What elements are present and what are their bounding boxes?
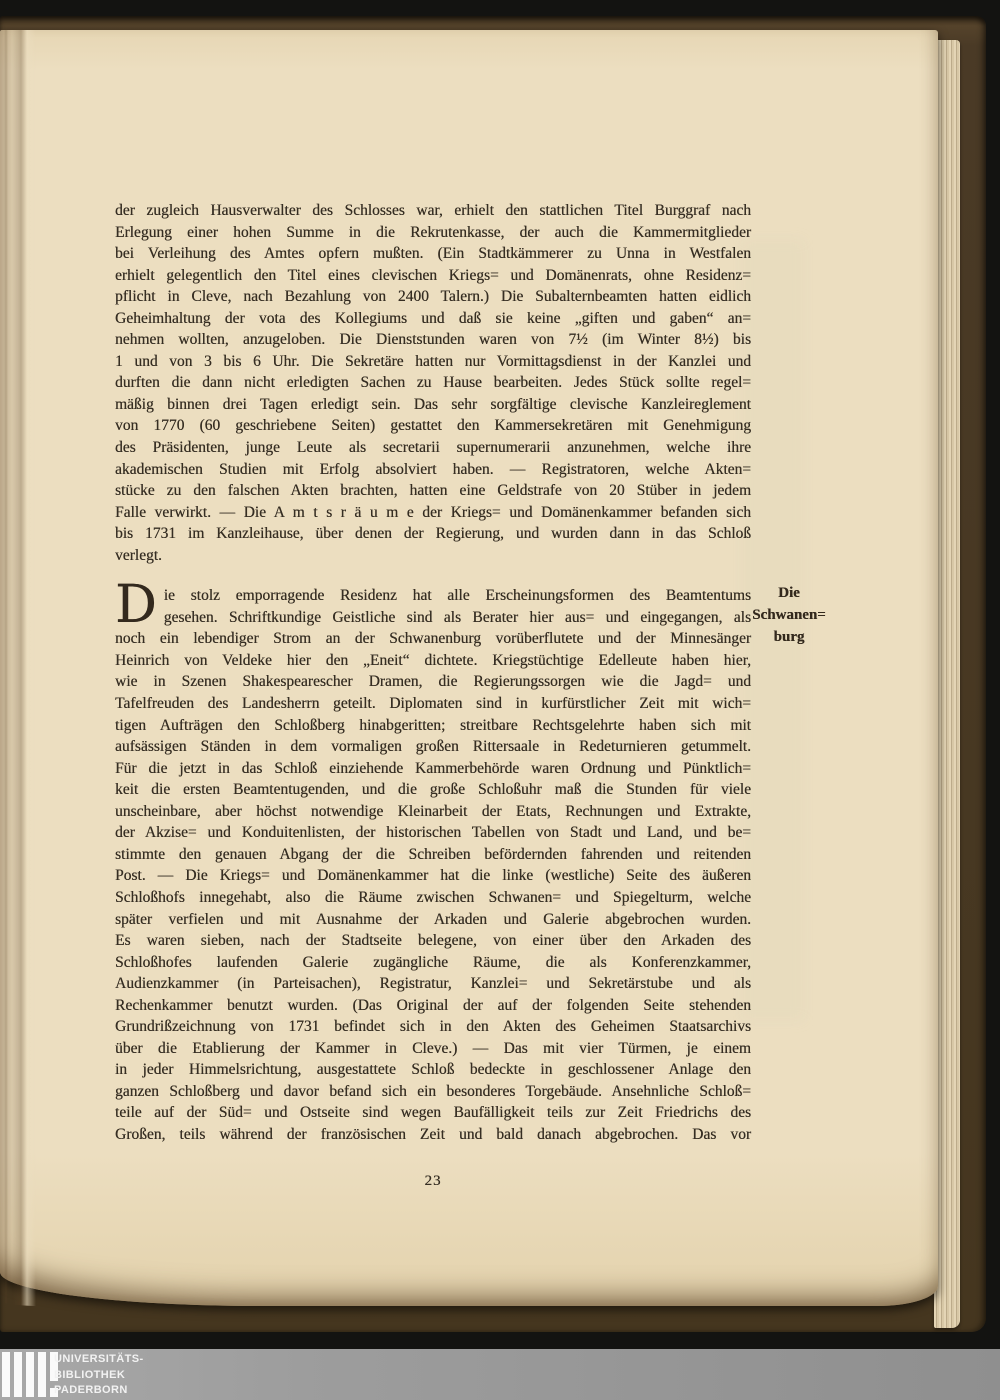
page-text-block: der zugleich Hausverwalter des Schlosses… bbox=[115, 200, 751, 1146]
library-logo-line: BIBLIOTHEK bbox=[54, 1368, 144, 1384]
text-line: ganzen Schloßberg und davor befand sich … bbox=[115, 1081, 751, 1103]
library-logo-line: PADERBORN bbox=[54, 1383, 144, 1399]
text-line: Schloßhofes laufenden Galerie zugänglich… bbox=[115, 952, 751, 974]
margin-note-line: Schwanen= bbox=[740, 604, 838, 626]
text-line: ie stolz emporragende Residenz hat alle … bbox=[115, 585, 751, 607]
text-line: bei Verleihung des Amtes opfern mußten. … bbox=[115, 243, 751, 265]
text-line: Geheimhaltung der vota des Kollegiums un… bbox=[115, 308, 751, 330]
text-line: über die Etablierung der Kammer in Cleve… bbox=[115, 1038, 751, 1060]
paragraph: der zugleich Hausverwalter des Schlosses… bbox=[115, 200, 751, 566]
drop-cap-letter: D bbox=[115, 585, 164, 626]
text-line: Audienzkammer (in Parteisachen), Registr… bbox=[115, 973, 751, 995]
text-line: Grundrißzeichnung von 1731 befindet sich… bbox=[115, 1016, 751, 1038]
text-line: Falle verwirkt. — Die A m t s r ä u m e … bbox=[115, 502, 751, 524]
text-line: durften die dann nicht erledigten Sachen… bbox=[115, 372, 751, 394]
text-line: gesehen. Schriftkundige Geistliche sind … bbox=[115, 607, 751, 629]
text-line: stimmte den genauen Abgang der die Schre… bbox=[115, 844, 751, 866]
text-line: des Präsidenten, junge Leute als secreta… bbox=[115, 437, 751, 459]
logo-bar bbox=[26, 1352, 34, 1397]
text-line: stücke zu den falschen Akten brachten, h… bbox=[115, 480, 751, 502]
text-line: Heinrich von Veldeke hier den „Eneit“ di… bbox=[115, 650, 751, 672]
book-scan-viewport: { "page": { "number": "23", "paragraphs"… bbox=[0, 0, 1000, 1400]
text-line: in jeder Himmelsrichtung, ausgestattete … bbox=[115, 1059, 751, 1081]
gutter-crease bbox=[0, 30, 42, 1306]
library-logo-text: UNIVERSITÄTS- BIBLIOTHEK PADERBORN bbox=[54, 1352, 144, 1399]
text-line: pflicht in Cleve, nach Bezahlung von 240… bbox=[115, 286, 751, 308]
logo-bar bbox=[2, 1352, 10, 1397]
text-line: 1 und von 3 bis 6 Uhr. Die Sekretäre hat… bbox=[115, 351, 751, 373]
library-bars-icon bbox=[2, 1352, 58, 1397]
text-line: später verfielen und mit Ausnahme der Ar… bbox=[115, 909, 751, 931]
text-line: von 1770 (60 geschriebene Seiten) gestat… bbox=[115, 415, 751, 437]
text-line: der Akzise= und Konduitenlisten, der his… bbox=[115, 822, 751, 844]
library-banner: UNIVERSITÄTS- BIBLIOTHEK PADERBORN bbox=[0, 1349, 1000, 1400]
text-line: Erlegung einer hohen Summe in die Rekrut… bbox=[115, 222, 751, 244]
margin-note-line: burg bbox=[740, 626, 838, 648]
text-line: mäßig binnen drei Tagen erledigt sein. D… bbox=[115, 394, 751, 416]
text-line: noch ein lebendiger Strom an der Schwane… bbox=[115, 628, 751, 650]
text-line: akademischen Studien mit Erfolg absolvie… bbox=[115, 459, 751, 481]
text-line: Tafelfreuden des Landesherrn geteilt. Di… bbox=[115, 693, 751, 715]
library-logo-line: UNIVERSITÄTS- bbox=[54, 1352, 144, 1368]
book-page: der zugleich Hausverwalter des Schlosses… bbox=[0, 30, 938, 1306]
text-line: Rechenkammer benutzt wurden. (Das Origin… bbox=[115, 995, 751, 1017]
text-line: aufsässigen Ständen in dem vormaligen gr… bbox=[115, 736, 751, 758]
text-line: Es waren sieben, nach der Stadtseite bel… bbox=[115, 930, 751, 952]
paragraph: Die stolz emporragende Residenz hat alle… bbox=[115, 585, 751, 1145]
text-line: nehmen wollten, anzugeloben. Die Diensts… bbox=[115, 329, 751, 351]
text-line: Für die jetzt in das Schloß einziehende … bbox=[115, 758, 751, 780]
text-line: Schloßhofs innegehabt, also die Räume zw… bbox=[115, 887, 751, 909]
text-line: Post. — Die Kriegs= und Domänenkammer ha… bbox=[115, 865, 751, 887]
text-line: der zugleich Hausverwalter des Schlosses… bbox=[115, 200, 751, 222]
margin-note-line: Die bbox=[740, 582, 838, 604]
text-line: unscheinbare, aber höchst notwendige Kle… bbox=[115, 801, 751, 823]
text-line: erhielt gelegentlich den Titel eines cle… bbox=[115, 265, 751, 287]
logo-bar bbox=[14, 1352, 22, 1397]
logo-bar bbox=[38, 1352, 46, 1397]
text-line: verlegt. bbox=[115, 545, 751, 567]
text-line: keit die ersten Beamtentugenden, und die… bbox=[115, 779, 751, 801]
page-number: 23 bbox=[115, 1173, 751, 1190]
text-line: Großen, teils während der französischen … bbox=[115, 1124, 751, 1146]
text-line: tigen Aufträgen den Schloßberg hinabgeri… bbox=[115, 715, 751, 737]
text-line: teile auf der Süd= und Ostseite sind weg… bbox=[115, 1102, 751, 1124]
margin-note: Die Schwanen= burg bbox=[740, 582, 838, 648]
text-line: bis 1731 im Kanzleihause, über denen der… bbox=[115, 523, 751, 545]
text-line: wie in Szenen Shakespearescher Dramen, d… bbox=[115, 671, 751, 693]
